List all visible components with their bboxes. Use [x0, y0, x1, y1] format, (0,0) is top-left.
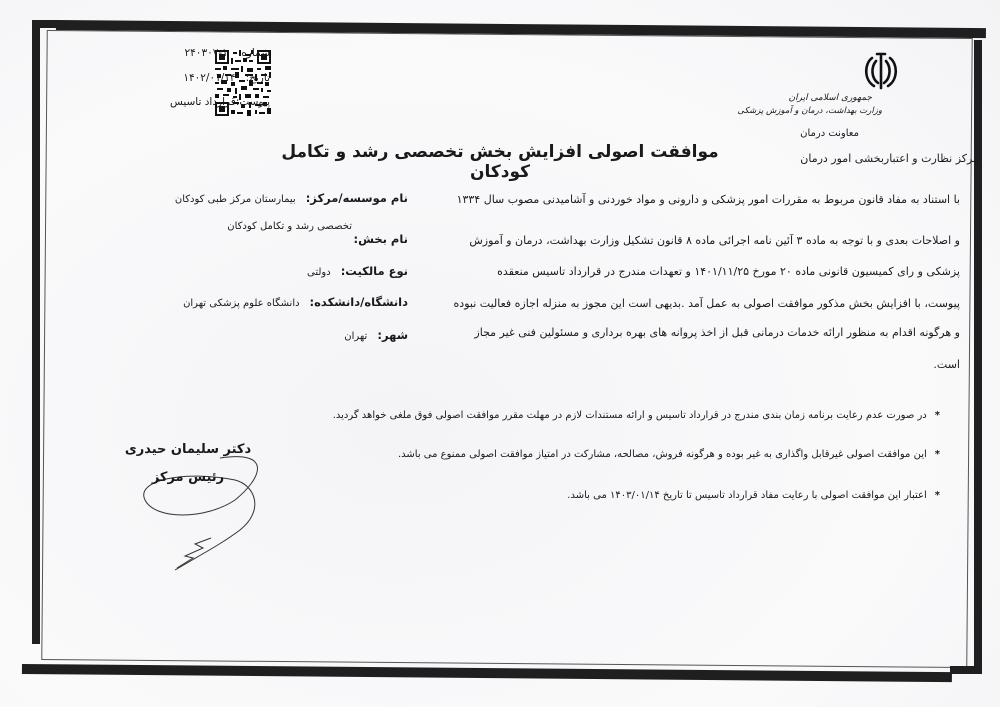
note-text: این موافقت اصولی غیرقابل واگذاری به غیر …	[398, 449, 927, 460]
body-line: و اصلاحات بعدی و با توجه به ماده ۳ آئین …	[469, 234, 960, 247]
signatory-name: دکتر سلیمان حیدری	[118, 442, 258, 457]
letter-date-label: تاریخ:	[246, 72, 270, 84]
letter-date-value: ۱۴۰۲/۰۱/۱۴	[183, 72, 235, 84]
note-text: اعتبار این موافقت اصولی با رعایت مفاد قر…	[567, 490, 926, 501]
body-line: پزشکی و رای کمیسیون قانونی ماده ۲۰ مورخ …	[497, 265, 960, 278]
signature-scribble-icon	[115, 440, 315, 580]
letter-number: شماره:۱-۲۴۰۳۰۷	[185, 47, 270, 59]
document: جمهوری اسلامی ایران وزارت بهداشت، درمان …	[0, 0, 1000, 707]
field-value: دانشگاه علوم پزشکی تهران	[183, 298, 299, 309]
field-label: شهر:	[377, 328, 408, 342]
bullet-icon: *	[935, 449, 940, 460]
deputy-name: معاونت درمان	[800, 128, 859, 139]
field-city: شهر:تهران	[344, 328, 408, 342]
note-text: در صورت عدم رعایت برنامه زمان بندی مندرج…	[333, 410, 927, 421]
field-value: بیمارستان مرکز طبی کودکان	[175, 194, 296, 205]
field-institution: نام موسسه/مرکز:بیمارستان مرکز طبی کودکان	[175, 191, 408, 205]
body-line: با استناد به مفاد قانون مربوط به مقررات …	[457, 193, 960, 206]
letter-attachment-label: پیوست:	[236, 96, 270, 108]
body-line: پیوست، با افزایش بخش مذکور موافقت اصولی …	[454, 297, 960, 310]
field-label: نام بخش:	[353, 232, 408, 246]
letter-number-label: شماره:	[238, 47, 270, 59]
note-item: *این موافقت اصولی غیرقابل واگذاری به غیر…	[398, 449, 940, 460]
note-item: *در صورت عدم رعایت برنامه زمان بندی مندر…	[333, 410, 940, 421]
note-item: *اعتبار این موافقت اصولی با رعایت مفاد ق…	[567, 490, 940, 501]
field-label: نام موسسه/مرکز:	[306, 191, 408, 205]
ministry-name: وزارت بهداشت، درمان و آموزش پزشکی	[737, 106, 882, 116]
field-university: دانشگاه/دانشکده:دانشگاه علوم پزشکی تهران	[183, 295, 408, 309]
body-line: و هرگونه اقدام به منظور ارائه خدمات درما…	[474, 326, 960, 339]
field-ownership: نوع مالکیت:دولتی	[307, 264, 408, 278]
letter-date: تاریخ:۱۴۰۲/۰۱/۱۴	[183, 72, 270, 84]
field-value: دولتی	[307, 267, 331, 278]
letter-attachment: پیوست:قرارداد تاسیس	[170, 96, 270, 108]
letter-number-value: ۱-۲۴۰۳۰۷	[185, 47, 228, 59]
bullet-icon: *	[935, 490, 940, 501]
signatory-title: رئیس مرکز	[118, 470, 258, 485]
center-name: مرکز نظارت و اعتباربخشی امور درمان	[800, 152, 979, 165]
bullet-icon: *	[935, 410, 940, 421]
field-department: نام بخش:	[343, 232, 408, 246]
government-name: جمهوری اسلامی ایران	[789, 93, 873, 103]
field-label: نوع مالکیت:	[341, 264, 408, 278]
field-value: تهران	[344, 331, 367, 342]
document-title: موافقت اصولی افزایش بخش تخصصی رشد و تکام…	[260, 142, 740, 182]
iran-emblem-icon	[858, 48, 904, 94]
field-department-value: تخصصی رشد و تکامل کودکان	[227, 221, 352, 232]
field-label: دانشگاه/دانشکده:	[310, 295, 408, 309]
body-line: است.	[933, 358, 960, 371]
letter-attachment-value: قرارداد تاسیس	[170, 96, 236, 108]
